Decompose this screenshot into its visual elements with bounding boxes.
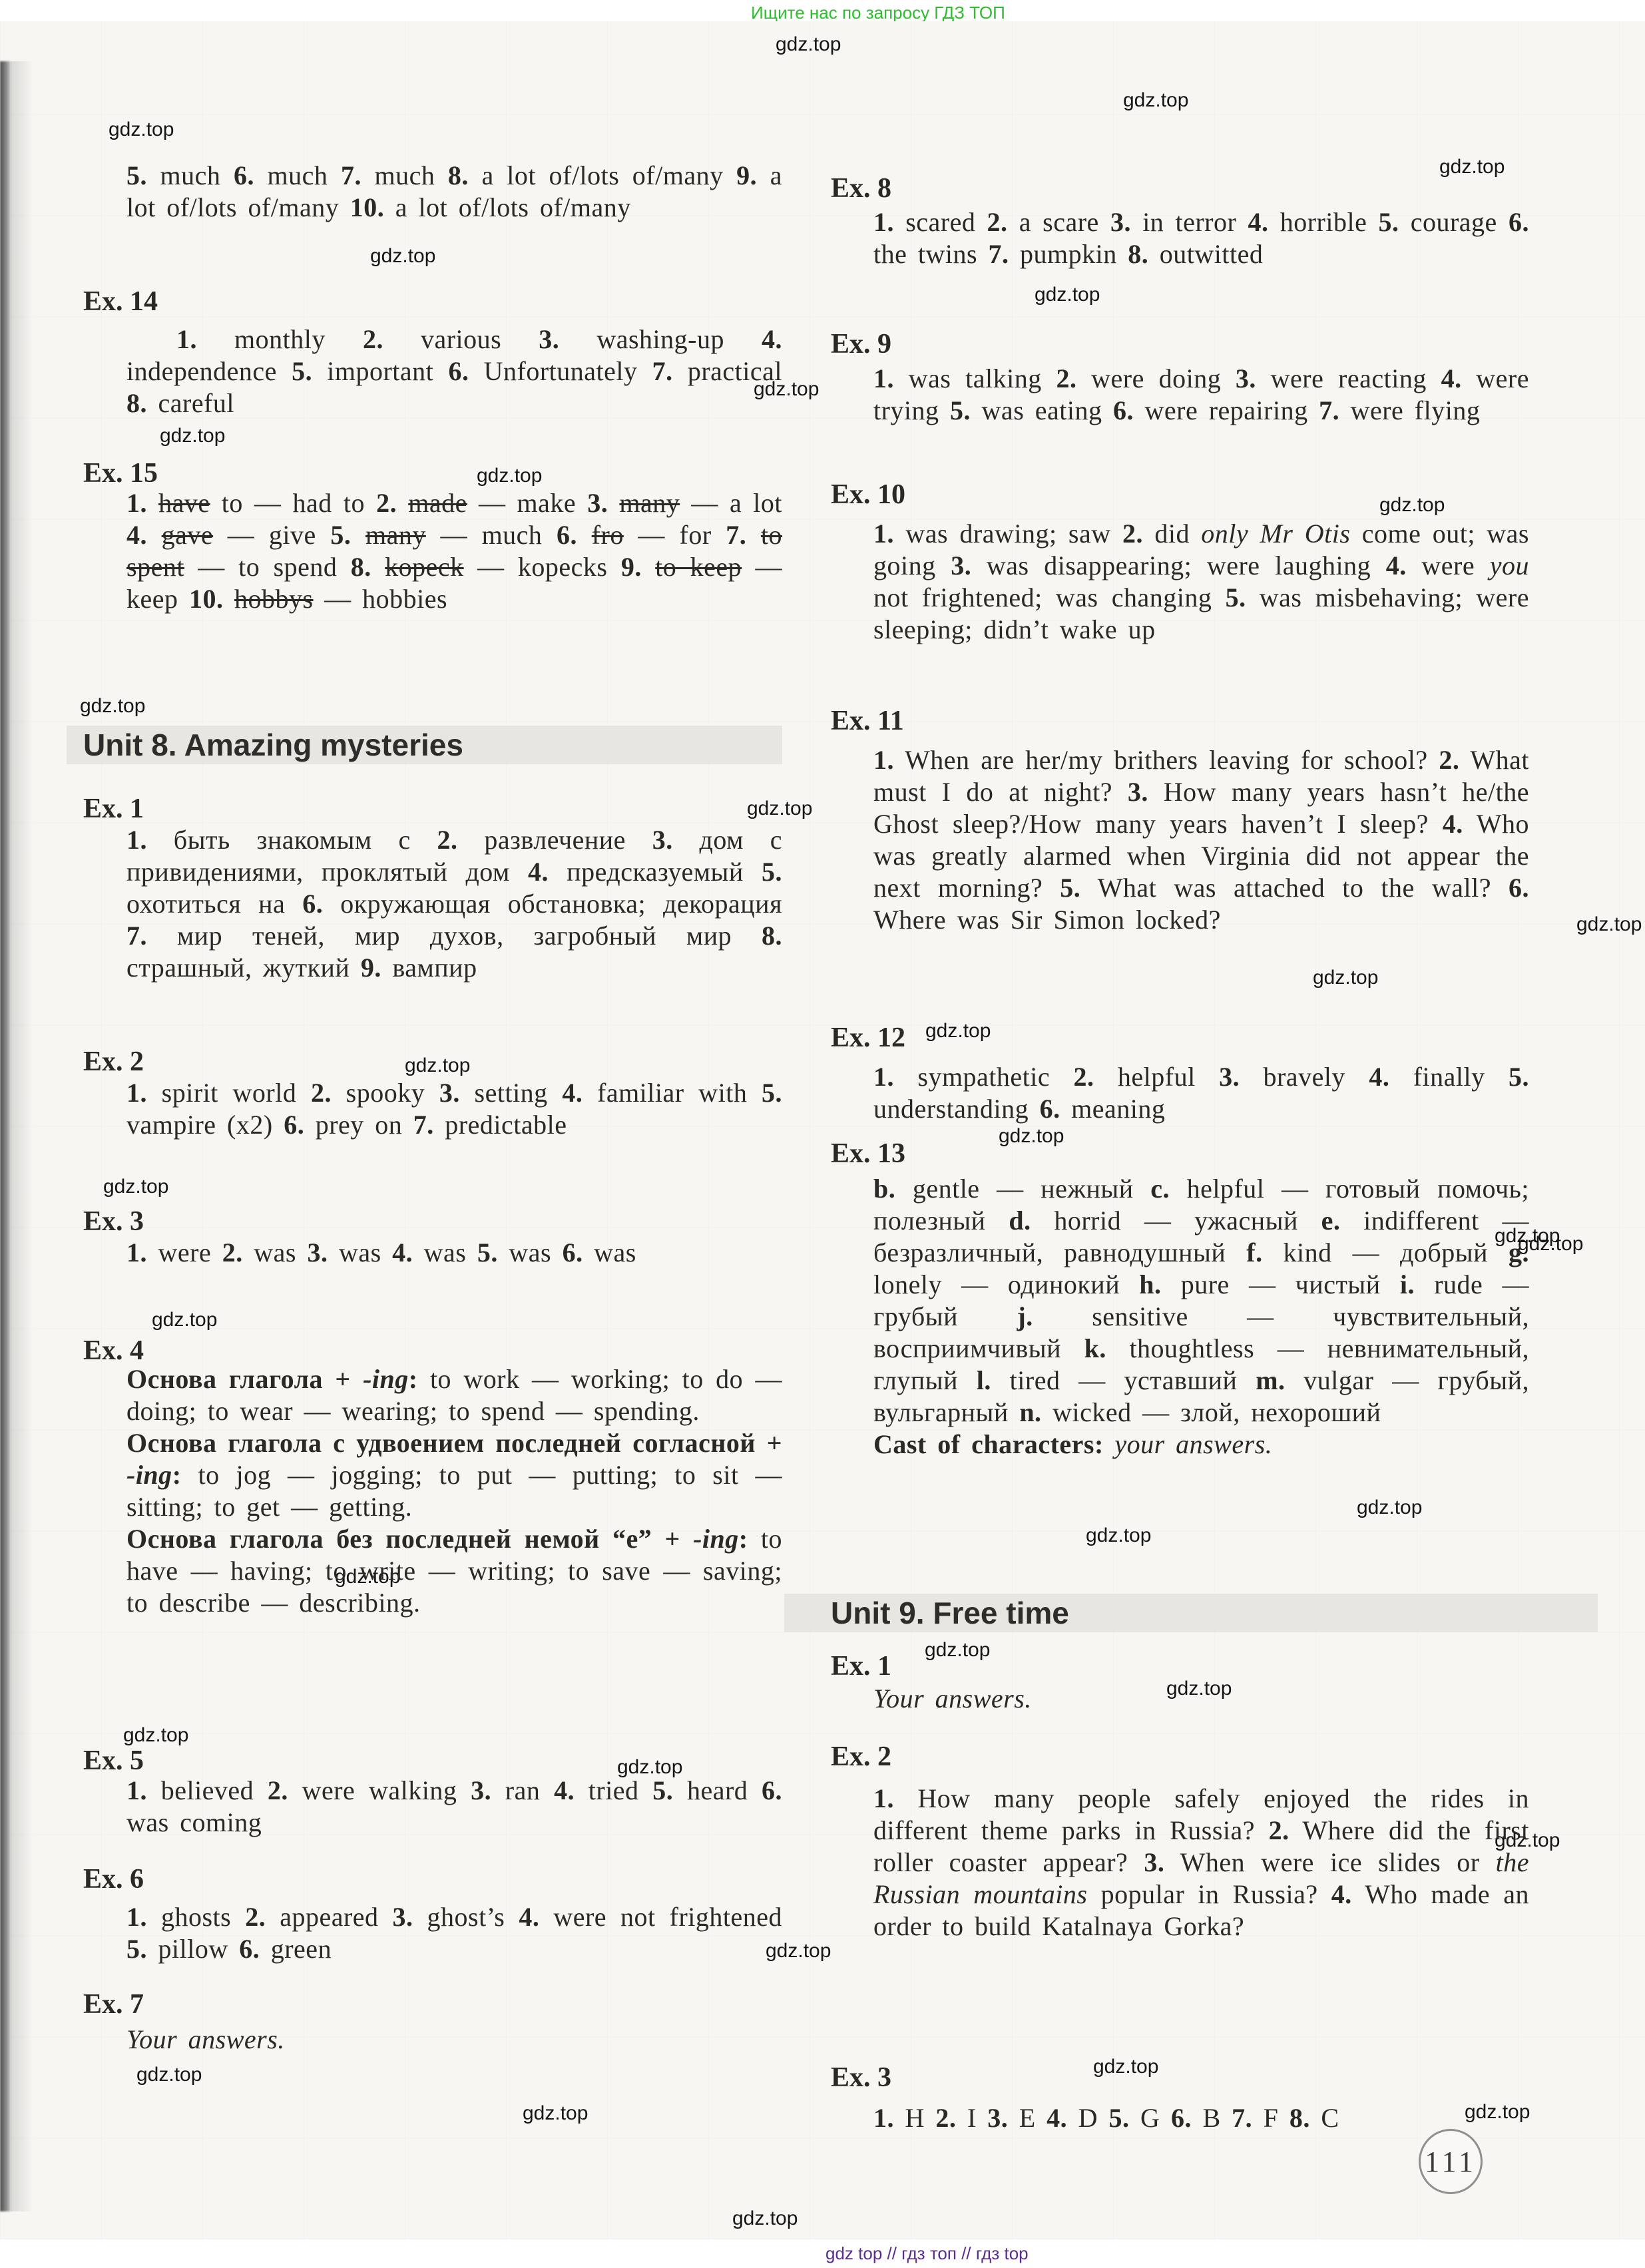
text-segment: were flying — [1339, 395, 1480, 425]
text-segment: familiar with — [583, 1078, 762, 1108]
text-segment: have — [158, 488, 210, 518]
text-segment: 2. — [1056, 363, 1076, 393]
text-segment: 8. — [762, 921, 782, 951]
text-segment: 6. — [302, 889, 323, 919]
text-segment: 2. — [1122, 519, 1143, 549]
text-segment: 4. — [1248, 207, 1269, 237]
text-segment: 2. — [987, 207, 1008, 237]
gdz-watermark: gdz.top — [109, 120, 174, 140]
text-segment: n. — [1019, 1397, 1041, 1427]
gdz-watermark: gdz.top — [1313, 968, 1378, 988]
scanned-page: 111 gdz.topgdz.topgdz.topgdz.topgdz.topg… — [0, 21, 1645, 2239]
u9-ex-2-answers: 1. How many people safely enjoyed the ri… — [873, 1783, 1529, 1942]
page-number-badge: 111 — [1419, 2129, 1483, 2194]
text-segment: G — [1130, 2103, 1171, 2133]
footer-links[interactable]: gdz top // гдз топ // гдз top — [825, 2243, 1029, 2264]
gdz-watermark: gdz.top — [925, 1021, 991, 1041]
text-segment: 8. — [1290, 2103, 1310, 2133]
text-segment: 5. — [1226, 582, 1246, 612]
text-segment: l. — [977, 1365, 991, 1395]
text-segment: 7. — [341, 160, 361, 190]
u8-ex-6-answers: 1. ghosts 2. appeared 3. ghost’s 4. were… — [126, 1901, 782, 1965]
text-segment: b. — [873, 1174, 895, 1204]
text-segment: 3. — [1219, 1062, 1240, 1092]
text-segment: 4. — [762, 324, 782, 354]
text-segment: 3. — [652, 825, 673, 855]
text-segment: independence — [126, 356, 292, 386]
gdz-watermark: gdz.top — [747, 799, 812, 819]
text-segment: was — [583, 1238, 636, 1267]
text-segment: — to spend — [184, 552, 351, 582]
text-segment: 3. — [1128, 777, 1148, 807]
text-segment: outwitted — [1148, 239, 1263, 269]
text-segment: m. — [1256, 1365, 1285, 1395]
text-segment: 1. — [873, 363, 894, 393]
text-segment: finally — [1389, 1062, 1509, 1092]
text-segment: 8. — [126, 388, 147, 418]
text-segment — [1104, 1429, 1115, 1459]
text-segment: вампир — [381, 953, 477, 983]
text-segment: 1. — [126, 488, 147, 518]
text-segment: охотиться на — [126, 889, 302, 919]
text-segment: окружающая обстановка; декорация — [323, 889, 782, 919]
text-segment: horrid — ужасный — [1031, 1206, 1321, 1236]
text-segment: 7. — [1232, 2103, 1252, 2133]
u8-ex-6-label: Ex. 6 — [83, 1864, 144, 1895]
gdz-watermark: gdz.top — [477, 466, 542, 486]
text-segment: f. — [1246, 1238, 1262, 1267]
page-edge-shadow — [0, 61, 11, 2211]
text-segment: 3. — [951, 551, 971, 580]
text-segment: k. — [1084, 1333, 1106, 1363]
unit-8-heading-title: Unit 8. Amazing mysteries — [67, 726, 782, 764]
gdz-watermark: gdz.top — [103, 1177, 168, 1197]
u9-ex-2-label: Ex. 2 — [831, 1741, 891, 1772]
text-segment: g. — [1509, 1238, 1529, 1267]
u7-ex-13-answers: b. gentle — нежный c. helpful — готовый … — [873, 1173, 1529, 1461]
text-segment: many — [619, 488, 680, 518]
text-segment: 1. — [176, 324, 197, 354]
text-segment: F — [1252, 2103, 1290, 2133]
text-segment: 10. — [350, 192, 385, 222]
text-segment: believed — [147, 1775, 268, 1805]
text-segment: was — [243, 1238, 308, 1267]
u8-ex-1-label: Ex. 1 — [83, 794, 144, 824]
text-segment: 10. — [189, 584, 224, 614]
text-segment: made — [408, 488, 467, 518]
text-segment: страшный, жуткий — [126, 953, 361, 983]
text-segment: Основа глагола + — [126, 1364, 363, 1394]
text-segment: Where was Sir Simon locked? — [873, 905, 1221, 935]
unit-8-heading: Unit 8. Amazing mysteries — [67, 726, 782, 764]
text-segment: to — had to — [210, 488, 376, 518]
gdz-watermark: gdz.top — [405, 1056, 470, 1076]
text-segment: — a lot — [680, 488, 782, 518]
text-segment: 2. — [437, 825, 458, 855]
text-segment: helpful — [1094, 1062, 1220, 1092]
gdz-watermark: gdz.top — [732, 2209, 798, 2229]
text-segment — [147, 488, 158, 518]
gdz-watermark: gdz.top — [123, 1725, 188, 1745]
text-segment: 2. — [1074, 1062, 1094, 1092]
text-segment: 4. — [554, 1775, 575, 1805]
text-segment: 5. — [1109, 2103, 1130, 2133]
text-segment: 4. — [519, 1902, 539, 1932]
gdz-watermark: gdz.top — [1035, 285, 1100, 305]
u8-ex-7-label: Ex. 7 — [83, 1989, 144, 2020]
text-segment: was — [413, 1238, 477, 1267]
text-segment: 4. — [1369, 1062, 1389, 1092]
text-segment: bravely — [1240, 1062, 1369, 1092]
text-segment: much — [254, 160, 341, 190]
u7-ex-8-answers: 1. scared 2. a scare 3. in terror 4. hor… — [873, 206, 1529, 270]
text-segment: Cast of characters: — [873, 1429, 1104, 1459]
text-segment: 1. — [873, 1062, 894, 1092]
text-segment: 2. — [1269, 1815, 1290, 1845]
u9-ex-3-label: Ex. 3 — [831, 2062, 891, 2093]
text-segment: 5. — [292, 356, 312, 386]
text-segment: C — [1310, 2103, 1339, 2133]
text-segment: important — [312, 356, 448, 386]
text-segment: scared — [894, 207, 987, 237]
text-segment: were not frightened — [539, 1902, 782, 1932]
text-segment: 6. — [1509, 873, 1529, 903]
text-segment: fro — [592, 520, 624, 550]
text-segment: 2. — [268, 1775, 288, 1805]
text-segment: 4. — [562, 1078, 583, 1108]
gdz-watermark: gdz.top — [1086, 1526, 1151, 1546]
text-segment: 9. — [621, 552, 642, 582]
text-segment: 1. — [126, 1775, 147, 1805]
text-segment: was disappearing; were laughing — [971, 551, 1386, 580]
text-segment: were — [147, 1238, 222, 1267]
u7-ex-12-label: Ex. 12 — [831, 1022, 905, 1053]
u9-ex-1-label: Ex. 1 — [831, 1651, 891, 1682]
text-segment: 6. — [448, 356, 469, 386]
text-segment: 5. — [1379, 207, 1399, 237]
text-segment: 2. — [245, 1902, 266, 1932]
text-segment: 3. — [1144, 1847, 1164, 1877]
text-segment: was eating — [971, 395, 1113, 425]
text-segment: — kopecks — [464, 552, 621, 582]
gdz-watermark: gdz.top — [152, 1310, 217, 1330]
text-segment: 3. — [307, 1238, 328, 1267]
text-segment: were doing — [1076, 363, 1235, 393]
text-segment: 4. — [1441, 363, 1462, 393]
text-segment: 6. — [563, 1238, 583, 1267]
text-segment: 2. — [363, 324, 383, 354]
gdz-watermark: gdz.top — [1123, 91, 1188, 111]
text-segment: 7. — [413, 1110, 434, 1140]
u8-ex-3-label: Ex. 3 — [83, 1206, 144, 1237]
text-segment: much — [361, 160, 448, 190]
text-segment: a lot of/lots of/many — [384, 192, 631, 222]
text-segment: 3. — [987, 2103, 1008, 2133]
text-segment: 4. — [528, 857, 549, 887]
gdz-watermark: gdz.top — [999, 1126, 1064, 1146]
gdz-watermark: gdz.top — [80, 696, 145, 716]
u8-ex-7-answers: Your answers. — [126, 2024, 782, 2056]
text-segment: 2. — [376, 488, 397, 518]
text-segment: predictable — [434, 1110, 567, 1140]
text-segment: 1. — [873, 519, 894, 549]
text-segment: 5. — [126, 160, 147, 190]
text-segment: spooky — [332, 1078, 439, 1108]
text-segment: meaning — [1060, 1094, 1166, 1124]
text-segment: a lot of/lots of/many — [469, 160, 736, 190]
text-segment: horrible — [1269, 207, 1379, 237]
text-segment: 5. — [1509, 1062, 1529, 1092]
gdz-watermark: gdz.top — [1576, 915, 1642, 935]
ex-13-continued-answers: 5. much 6. much 7. much 8. a lot of/lots… — [126, 160, 782, 224]
text-segment: a scare — [1008, 207, 1110, 237]
text-segment: understanding — [873, 1094, 1040, 1124]
text-segment: tried — [575, 1775, 652, 1805]
text-segment: 5. — [950, 395, 971, 425]
gdz-watermark: gdz.top — [370, 246, 435, 266]
text-segment: tired — уставший — [991, 1365, 1256, 1395]
gdz-watermark: gdz.top — [1093, 2057, 1158, 2077]
text-segment: was — [498, 1238, 563, 1267]
text-segment: pure — чистый — [1162, 1269, 1400, 1299]
text-segment: gentle — нежный — [895, 1174, 1150, 1204]
u9-ex-3-answers: 1. H 2. I 3. E 4. D 5. G 6. B 7. F 8. C — [873, 2102, 1529, 2134]
text-segment: i. — [1400, 1269, 1415, 1299]
text-segment: Your answers. — [873, 1684, 1032, 1713]
gdz-watermark: gdz.top — [776, 35, 841, 55]
text-segment: Основа глагола с удвоением последней сог… — [126, 1428, 782, 1458]
text-segment: spirit world — [147, 1078, 311, 1108]
text-segment: 9. — [361, 953, 381, 983]
text-segment: — for — [624, 520, 726, 550]
u7-ex-12-answers: 1. sympathetic 2. helpful 3. bravely 4. … — [873, 1061, 1529, 1125]
text-segment: When were ice slides or — [1164, 1847, 1495, 1877]
text-segment: 7. — [989, 239, 1009, 269]
text-segment: 5. — [1060, 873, 1080, 903]
text-segment — [371, 552, 385, 582]
text-segment: you — [1490, 551, 1529, 580]
text-segment: 1. — [873, 745, 894, 775]
text-segment: was talking — [894, 363, 1056, 393]
text-segment: was — [328, 1238, 392, 1267]
text-segment — [224, 584, 235, 614]
text-segment: : — [172, 1460, 182, 1490]
text-segment: not frightened; was changing — [873, 582, 1226, 612]
text-segment — [608, 488, 619, 518]
text-segment: lonely — одинокий — [873, 1269, 1139, 1299]
text-segment: were repairing — [1134, 395, 1319, 425]
text-segment: ran — [491, 1775, 554, 1805]
u7-ex-10-answers: 1. was drawing; saw 2. did only Mr Otis … — [873, 518, 1529, 646]
text-segment: — much — [426, 520, 557, 550]
gdz-watermark: gdz.top — [1357, 1498, 1422, 1518]
text-segment: — make — [467, 488, 587, 518]
text-segment: kopeck — [385, 552, 464, 582]
text-segment: 5. — [762, 1078, 782, 1108]
text-segment: ghosts — [147, 1902, 245, 1932]
text-segment: 6. — [1509, 207, 1529, 237]
gdz-watermark: gdz.top — [1379, 495, 1445, 515]
text-segment: were walking — [288, 1775, 471, 1805]
text-segment: 7. — [652, 356, 673, 386]
text-segment: ghost’s — [413, 1902, 519, 1932]
gdz-watermark: gdz.top — [160, 426, 225, 446]
text-segment: were — [1407, 551, 1490, 580]
text-segment: your answers. — [1114, 1429, 1272, 1459]
text-segment: : — [409, 1364, 418, 1394]
u8-ex-2-answers: 1. spirit world 2. spooky 3. setting 4. … — [126, 1077, 782, 1141]
u7-ex-8-label: Ex. 8 — [831, 173, 891, 204]
text-segment: What was attached to the wall? — [1080, 873, 1509, 903]
u7-ex-9-label: Ex. 9 — [831, 329, 891, 359]
u8-ex-3-answers: 1. were 2. was 3. was 4. was 5. was 6. w… — [126, 1237, 782, 1269]
text-segment: setting — [460, 1078, 562, 1108]
text-segment: 8. — [1128, 239, 1148, 269]
text-segment: 6. — [1113, 395, 1134, 425]
text-segment: 4. — [1386, 551, 1407, 580]
text-segment: prey on — [304, 1110, 413, 1140]
text-segment: When are her/my brithers leaving for sch… — [894, 745, 1439, 775]
text-segment: -ing — [693, 1524, 739, 1554]
text-segment: 5. — [762, 857, 782, 887]
text-segment: 7. — [726, 520, 746, 550]
text-segment: much — [147, 160, 234, 190]
text-segment: in terror — [1131, 207, 1248, 237]
text-segment: careful — [147, 388, 234, 418]
u7-ex-10-label: Ex. 10 — [831, 479, 905, 510]
text-segment: — hobbies — [314, 584, 447, 614]
text-segment: many — [365, 520, 426, 550]
text-segment: j. — [1017, 1301, 1033, 1331]
text-segment: hobbys — [234, 584, 314, 614]
text-segment: to jog — jogging; to put — putting; to s… — [126, 1460, 782, 1522]
u8-ex-5-answers: 1. believed 2. were walking 3. ran 4. tr… — [126, 1775, 782, 1839]
text-segment: was coming — [126, 1807, 262, 1837]
text-segment — [397, 488, 408, 518]
text-segment: 6. — [1171, 2103, 1192, 2133]
text-segment: 3. — [587, 488, 608, 518]
text-segment: 4. — [126, 520, 147, 550]
u7-ex-11-answers: 1. When are her/my brithers leaving for … — [873, 744, 1529, 936]
ex-15-label: Ex. 15 — [83, 458, 158, 489]
text-segment: 3. — [539, 324, 559, 354]
gdz-search-link[interactable]: Ищите нас по запросу ГДЗ ТОП — [751, 3, 1005, 23]
text-segment: — give — [213, 520, 330, 550]
text-segment: 4. — [1443, 809, 1463, 839]
text-segment: 1. — [126, 1078, 147, 1108]
gdz-watermark: gdz.top — [925, 1640, 990, 1660]
text-segment: 5. — [477, 1238, 498, 1267]
text-segment: gave — [162, 520, 214, 550]
text-segment: 3. — [1236, 363, 1256, 393]
text-segment: мир теней, мир духов, загробный мир — [147, 921, 762, 951]
u9-ex-1-answers: Your answers. — [873, 1683, 1529, 1715]
text-segment: kind — добрый — [1263, 1238, 1509, 1267]
text-segment: were reacting — [1256, 363, 1441, 393]
text-segment: 5. — [652, 1775, 673, 1805]
text-segment: did — [1143, 519, 1201, 549]
text-segment: monthly — [197, 324, 363, 354]
text-segment: Основа глагола без последней немой “е” + — [126, 1524, 693, 1554]
text-segment: 7. — [126, 921, 147, 951]
text-segment: 8. — [448, 160, 469, 190]
ex-14-answers: 1. monthly 2. various 3. washing-up 4. i… — [126, 324, 782, 419]
text-segment: 3. — [393, 1902, 413, 1932]
u8-ex-4-answers: Основа глагола + -ing: to work — working… — [126, 1363, 782, 1619]
text-segment: Unfortunately — [469, 356, 652, 386]
text-segment: 1. — [873, 1783, 894, 1813]
text-segment: e. — [1321, 1206, 1341, 1236]
text-segment: the twins — [873, 239, 989, 269]
text-segment: : — [739, 1524, 748, 1554]
text-segment: 3. — [471, 1775, 491, 1805]
text-segment — [351, 520, 365, 550]
text-segment: 3. — [439, 1078, 460, 1108]
text-segment: 9. — [736, 160, 757, 190]
ex-14-label: Ex. 14 — [83, 286, 158, 317]
text-segment: 7. — [1319, 395, 1339, 425]
text-segment — [746, 520, 761, 550]
text-segment: pillow — [147, 1934, 239, 1964]
text-segment: washing-up — [559, 324, 762, 354]
text-segment: 6. — [557, 520, 577, 550]
text-segment: was drawing; saw — [894, 519, 1122, 549]
text-segment: vampire (x2) — [126, 1110, 284, 1140]
text-segment: c. — [1150, 1174, 1170, 1204]
text-segment: courage — [1399, 207, 1509, 237]
text-segment: быть знакомым с — [147, 825, 437, 855]
text-segment: sympathetic — [894, 1062, 1074, 1092]
text-segment: popular in Russia? — [1087, 1879, 1331, 1909]
u8-ex-4-label: Ex. 4 — [83, 1335, 144, 1366]
text-segment — [577, 520, 592, 550]
text-segment: 6. — [1040, 1094, 1060, 1124]
text-segment: B — [1192, 2103, 1232, 2133]
text-segment: d. — [1009, 1206, 1031, 1236]
u8-ex-2-label: Ex. 2 — [83, 1046, 144, 1077]
text-segment — [642, 552, 655, 582]
text-segment: I — [956, 2103, 987, 2133]
text-segment: 2. — [222, 1238, 243, 1267]
u7-ex-9-answers: 1. was talking 2. were doing 3. were rea… — [873, 363, 1529, 427]
unit-9-heading: Unit 9. Free time — [784, 1594, 1598, 1632]
text-segment: 4. — [392, 1238, 413, 1267]
text-segment: 4. — [1047, 2103, 1067, 2133]
text-segment: E — [1008, 2103, 1047, 2133]
text-segment — [147, 520, 162, 550]
page-number: 111 — [1425, 2145, 1477, 2179]
text-segment: 6. — [234, 160, 254, 190]
text-segment: 1. — [126, 1902, 147, 1932]
text-segment: 2. — [1439, 745, 1459, 775]
text-segment: -ing — [126, 1460, 172, 1490]
text-segment: 6. — [762, 1775, 782, 1805]
u8-ex-1-answers: 1. быть знакомым с 2. развлечение 3. дом… — [126, 824, 782, 984]
text-segment: D — [1067, 2103, 1108, 2133]
text-segment: 1. — [126, 825, 147, 855]
text-segment: 2. — [935, 2103, 956, 2133]
text-segment: 5. — [126, 1934, 147, 1964]
unit-9-heading-title: Unit 9. Free time — [784, 1594, 1598, 1632]
u7-ex-11-label: Ex. 11 — [831, 706, 904, 736]
text-segment: H — [894, 2103, 935, 2133]
text-segment: 4. — [1331, 1879, 1352, 1909]
text-segment: 3. — [1110, 207, 1131, 237]
text-segment: green — [260, 1934, 332, 1964]
text-segment: 1. — [873, 2103, 894, 2133]
text-segment: 1. — [126, 1238, 147, 1267]
text-segment: 8. — [351, 552, 371, 582]
